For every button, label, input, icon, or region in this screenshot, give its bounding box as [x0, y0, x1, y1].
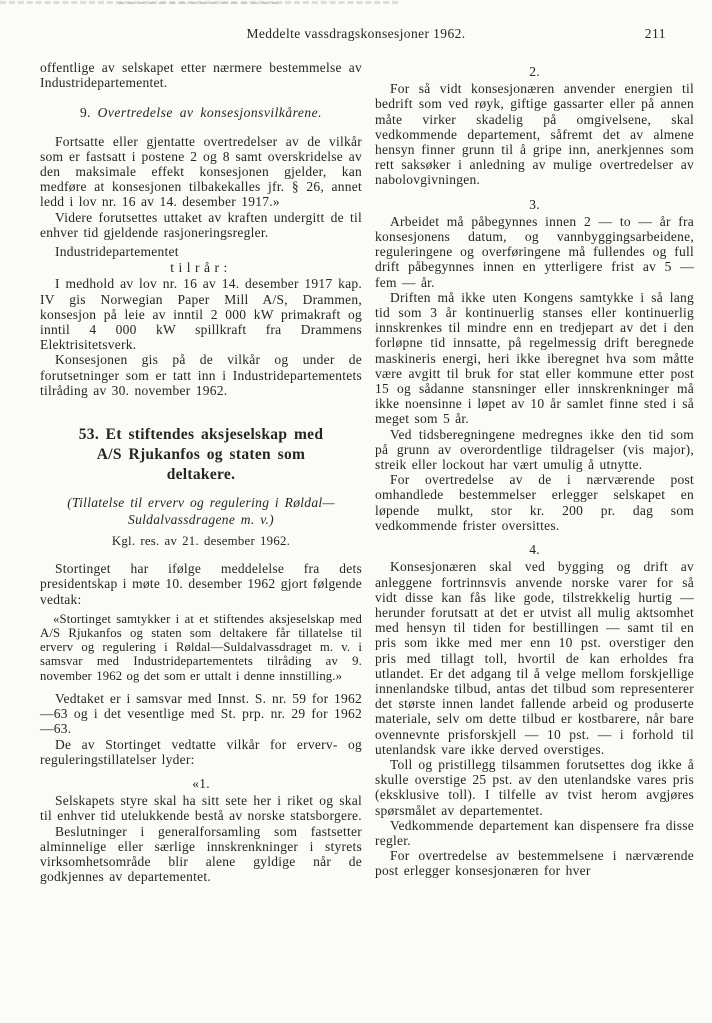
scan-artifact-dashed-line-dark	[118, 2, 278, 4]
section-9-title: Overtredelse av konsesjonsvilkårene.	[98, 105, 322, 120]
paragraph-vedkommende-departement: Vedkommende departement kan dispensere f…	[375, 818, 694, 848]
paragraph-for-saa-vidt: For så vidt konsesjonæren anvender energ…	[375, 81, 694, 187]
paragraph-medhold: I medhold av lov nr. 16 av 14. desember …	[40, 276, 362, 352]
heading-53-line3: deltakere.	[50, 465, 352, 485]
paragraph-fortsatte: Fortsatte eller gjentatte overtredelser …	[40, 134, 362, 210]
page-number: 211	[645, 26, 666, 42]
subtitle-line1: (Tillatelse til erverv og regulering i R…	[40, 495, 362, 512]
paragraph-beslutninger: Beslutninger i generalforsamling som fas…	[40, 824, 362, 885]
paragraph-selskapets-styre: Selskapets styre skal ha sitt sete her i…	[40, 793, 362, 823]
section-heading-53: 53. Et stiftendes aksjeselskap med A/S R…	[50, 425, 352, 485]
paragraph-stortinget: Stortinget har ifølge meddelelse fra det…	[40, 561, 362, 607]
left-column: offentlige av selskapet etter nærmere be…	[40, 60, 362, 884]
paragraph-continuation: offentlige av selskapet etter nærmere be…	[40, 60, 362, 90]
paragraph-for-overtredelse-post: For overtredelse av de i nærværende post…	[375, 472, 694, 533]
clause-number-2: 2.	[375, 64, 694, 79]
clause-number-3: 3.	[375, 197, 694, 212]
heading-53-line1: 53. Et stiftendes aksjeselskap med	[50, 425, 352, 445]
heading-53-line2: A/S Rjukanfos og staten som	[50, 445, 352, 465]
paragraph-arbeidet: Arbeidet må påbegynnes innen 2 — to — år…	[375, 214, 694, 290]
paragraph-ved-tidsberegningene: Ved tidsberegningene medregnes ikke den …	[375, 427, 694, 473]
royal-resolution-line: Kgl. res. av 21. desember 1962.	[40, 534, 362, 549]
section-subtitle-italic: (Tillatelse til erverv og regulering i R…	[40, 495, 362, 528]
clause-number-1: «1.	[40, 776, 362, 791]
clause-number-4: 4.	[375, 542, 694, 557]
subtitle-line2: Suldalvassdragene m. v.)	[40, 512, 362, 529]
section-9-number: 9.	[80, 105, 91, 120]
signature-department: Industridepartementet	[40, 244, 362, 259]
paragraph-de-av-stortinget: De av Stortinget vedtatte vilkår for erv…	[40, 737, 362, 767]
paragraph-konsesjonen-gis: Konsesjonen gis på de vilkår og under de…	[40, 352, 362, 398]
tilraar-line: tilrår:	[40, 260, 362, 275]
document-page: Meddelte vassdragskonsesjoner 1962. 211 …	[0, 0, 712, 1023]
paragraph-videre: Videre forutsettes uttaket av kraften un…	[40, 210, 362, 240]
text-columns: offentlige av selskapet etter nærmere be…	[40, 60, 694, 884]
page-header-title: Meddelte vassdragskonsesjoner 1962.	[0, 26, 712, 42]
paragraph-driften: Driften må ikke uten Kongens samtykke i …	[375, 290, 694, 427]
paragraph-konsesjonaeren: Konsesjonæren skal ved bygging og drift …	[375, 559, 694, 757]
right-column: 2. For så vidt konsesjonæren anvender en…	[375, 60, 694, 884]
section-heading-9: 9.Overtredelse av konsesjonsvilkårene.	[40, 105, 362, 120]
paragraph-vedtaket: Vedtaket er i samsvar med Innst. S. nr. …	[40, 691, 362, 737]
paragraph-toll-pristillegg: Toll og pristillegg tilsammen forutsette…	[375, 757, 694, 818]
paragraph-naervaerende-post: For overtredelse av bestemmelsene i nærv…	[375, 848, 694, 878]
blockquote-stortinget-vedtak: «Stortinget samtykker i at et stiftendes…	[40, 612, 362, 683]
